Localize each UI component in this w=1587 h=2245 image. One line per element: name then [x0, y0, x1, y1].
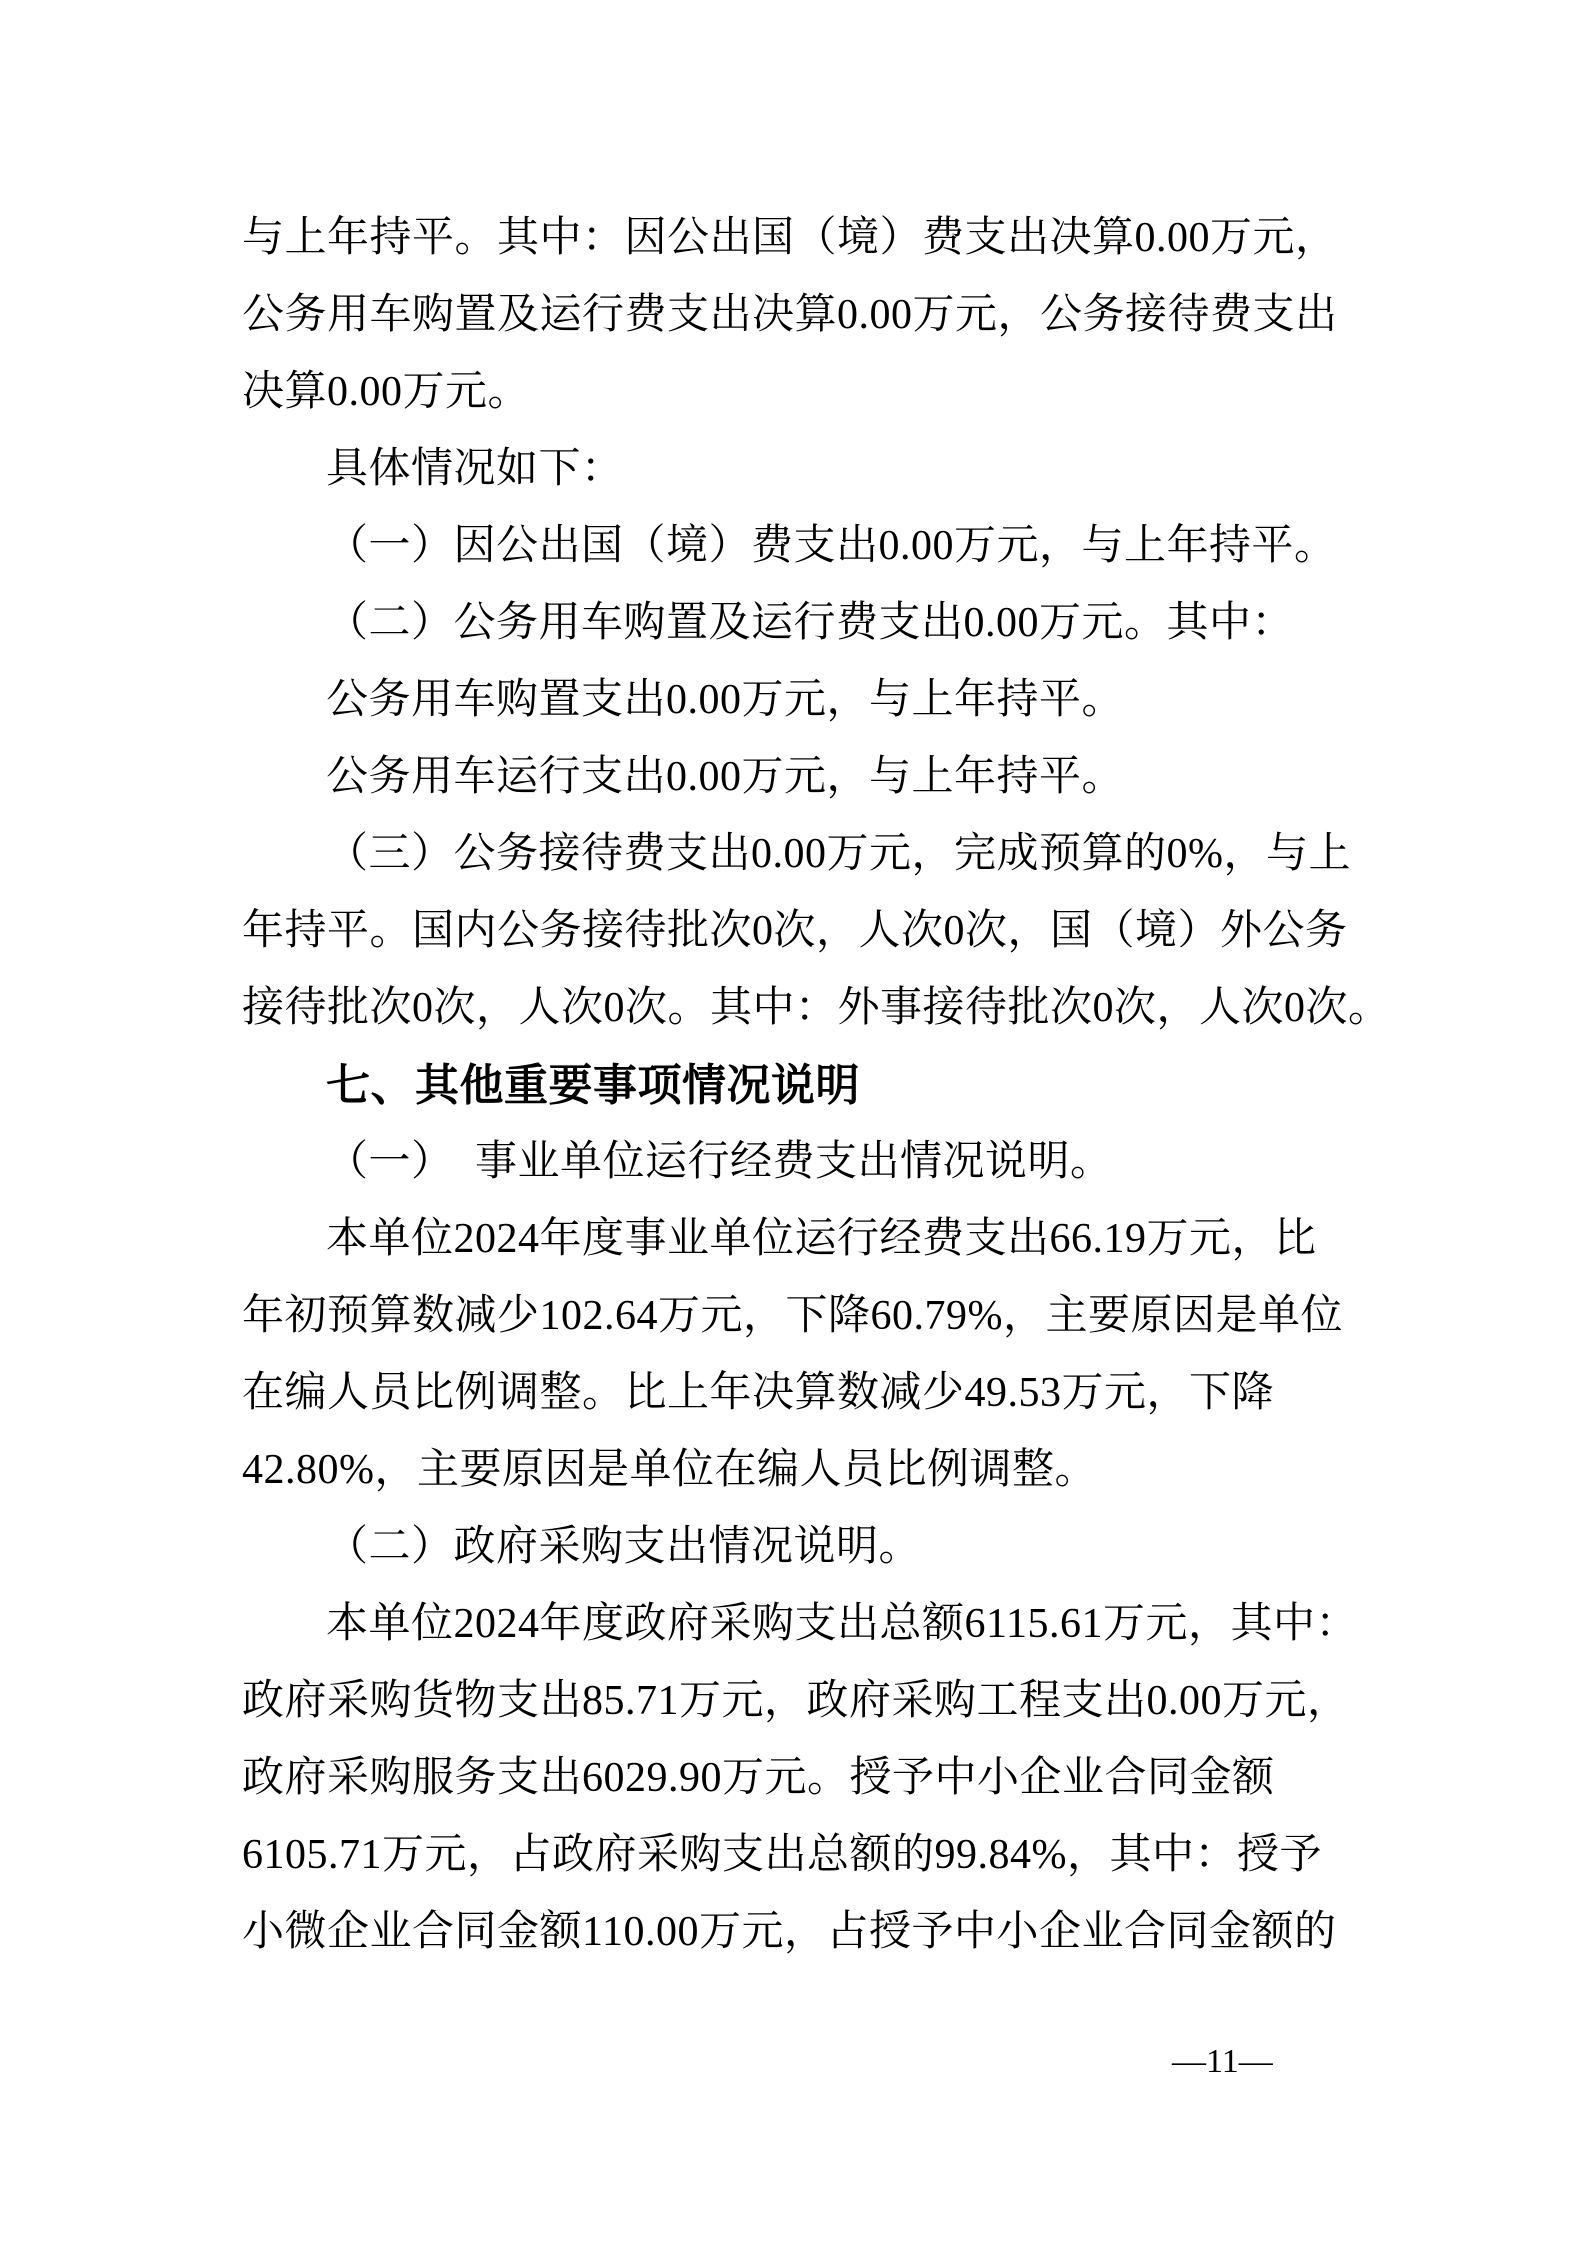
- text-line: （二）政府采购支出情况说明。: [242, 1509, 1352, 1586]
- text-line: （三）公务接待费支出0.00万元，完成预算的0%，与上: [242, 816, 1352, 893]
- text-line: 决算0.00万元。: [242, 354, 1352, 431]
- text-line: 政府采购服务支出6029.90万元。授予中小企业合同金额: [242, 1740, 1352, 1817]
- text-line: 政府采购货物支出85.71万元，政府采购工程支出0.00万元，: [242, 1663, 1352, 1740]
- text-line: 公务用车购置支出0.00万元，与上年持平。: [242, 662, 1352, 739]
- text-line: 年初预算数减少102.64万元，下降60.79%，主要原因是单位: [242, 1278, 1352, 1355]
- text-line: 具体情况如下：: [242, 431, 1352, 508]
- document-text-block: 与上年持平。其中：因公出国（境）费支出决算0.00万元，公务用车购置及运行费支出…: [242, 200, 1352, 1971]
- text-line: 公务用车购置及运行费支出决算0.00万元，公务接待费支出: [242, 277, 1352, 354]
- text-line: 公务用车运行支出0.00万元，与上年持平。: [242, 739, 1352, 816]
- page-number: —11—: [1172, 2036, 1273, 2088]
- text-line: 小微企业合同金额110.00万元，占授予中小企业合同金额的: [242, 1894, 1352, 1971]
- text-line: 本单位2024年度事业单位运行经费支出66.19万元，比: [242, 1201, 1352, 1278]
- text-line: 与上年持平。其中：因公出国（境）费支出决算0.00万元，: [242, 200, 1352, 277]
- text-line: （二）公务用车购置及运行费支出0.00万元。其中：: [242, 585, 1352, 662]
- text-line: 接待批次0次，人次0次。其中：外事接待批次0次，人次0次。: [242, 970, 1352, 1047]
- text-line: 6105.71万元，占政府采购支出总额的99.84%，其中：授予: [242, 1817, 1352, 1894]
- text-line: （一）因公出国（境）费支出0.00万元，与上年持平。: [242, 508, 1352, 585]
- text-line: （一） 事业单位运行经费支出情况说明。: [242, 1124, 1352, 1201]
- document-page: 与上年持平。其中：因公出国（境）费支出决算0.00万元，公务用车购置及运行费支出…: [0, 0, 1587, 2245]
- text-line: 在编人员比例调整。比上年决算数减少49.53万元，下降: [242, 1355, 1352, 1432]
- text-line: 年持平。国内公务接待批次0次，人次0次，国（境）外公务: [242, 893, 1352, 970]
- text-line: 本单位2024年度政府采购支出总额6115.61万元，其中：: [242, 1586, 1352, 1663]
- text-line: 42.80%，主要原因是单位在编人员比例调整。: [242, 1432, 1352, 1509]
- section-heading: 七、其他重要事项情况说明: [242, 1047, 1352, 1124]
